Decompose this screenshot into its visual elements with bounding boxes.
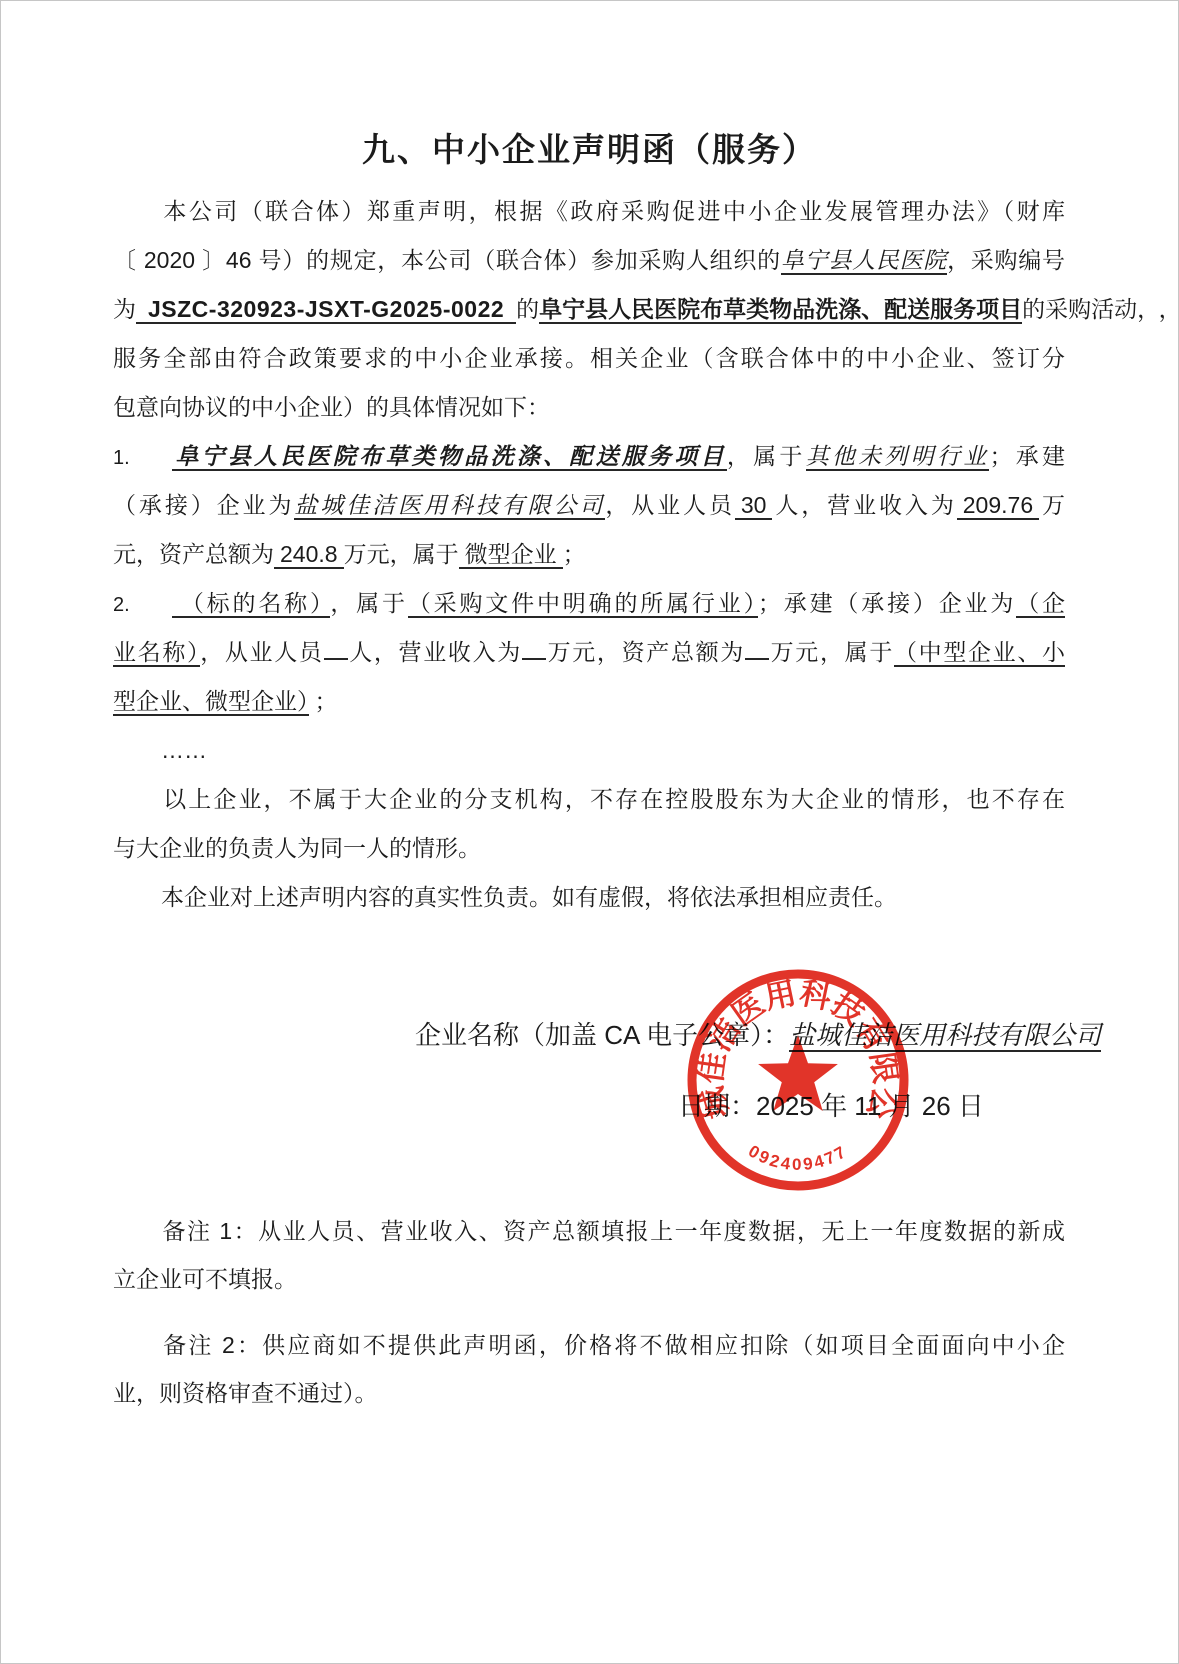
placeholder-enterprise: 业名称） bbox=[113, 639, 200, 667]
seal-number: 3209240947762 bbox=[678, 960, 851, 1174]
field-project-name: 阜宁县人民医院布草类物品洗涤、配送服务项目 bbox=[539, 296, 1022, 324]
text-run: 与大企业的负责人为同一人的情形。 bbox=[113, 835, 481, 861]
text-run: 备注 2：供应商如不提供此声明函，价格将不做相应扣除（如项目全面面向中小企 bbox=[161, 1332, 1065, 1358]
placeholder-type-options: 型企业、微型企业） bbox=[113, 688, 309, 716]
ellipsis-run: …… bbox=[161, 737, 207, 763]
date-value: 2025 年 11 月 26 日 bbox=[756, 1091, 984, 1121]
placeholder-type-options: （中型企业、小 bbox=[894, 639, 1065, 667]
text-run: ，属于 bbox=[727, 443, 806, 469]
text-run: 为 bbox=[113, 296, 136, 322]
text-run: 服务全部由符合政策要求的中小企业承接。相关企业（含联合体中的中小企业、签订分 bbox=[113, 345, 1065, 371]
text-run: 万元，资产总额为 bbox=[546, 639, 745, 665]
line: 本公司（联合体）郑重声明，根据《政府采购促进中小企业发展管理办法》（财库 bbox=[113, 187, 1065, 236]
svg-text:3209240947762: 3209240947762 bbox=[678, 960, 851, 1174]
doc-body: 本公司（联合体）郑重声明，根据《政府采购促进中小企业发展管理办法》（财库 〔 2… bbox=[113, 187, 1065, 922]
text-run: 〔 2020 〕46 号）的规定，本公司（联合体）参加采购人组织的 bbox=[113, 247, 781, 273]
text-run: 的 bbox=[516, 296, 539, 322]
text-run: 业，则资格审查不通过）。 bbox=[113, 1380, 378, 1406]
list-number: 2. bbox=[113, 581, 172, 630]
line-item-1: 1.阜宁县人民医院布草类物品洗涤、配送服务项目，属于其他未列明行业；承建 bbox=[113, 432, 1065, 481]
line: 〔 2020 〕46 号）的规定，本公司（联合体）参加采购人组织的阜宁县人民医院… bbox=[113, 236, 1065, 285]
blank-field bbox=[324, 635, 348, 660]
line: 立企业可不填报。 bbox=[113, 1255, 1065, 1303]
text-run: ，属于 bbox=[330, 590, 408, 616]
field-revenue: 209.76 bbox=[957, 492, 1039, 520]
text-run: ，从业人员 bbox=[200, 639, 323, 665]
text-run: 本公司（联合体）郑重声明，根据《政府采购促进中小企业发展管理办法》（财库 bbox=[161, 198, 1065, 224]
field-procurement-number: JSZC-320923-JSXT-G2025-0022 bbox=[136, 296, 516, 324]
date-label: 日期： bbox=[678, 1091, 756, 1121]
text-run: 人，营业收入为 bbox=[772, 492, 956, 518]
note-2: 备注 2：供应商如不提供此声明函，价格将不做相应扣除（如项目全面面向中小企 业，… bbox=[113, 1321, 1065, 1417]
list-number: 1. bbox=[113, 434, 172, 483]
line: 包意向协议的中小企业）的具体情况如下： bbox=[113, 383, 1065, 432]
text-run: 包意向协议的中小企业）的具体情况如下： bbox=[113, 394, 550, 420]
line: 备注 1：从业人员、营业收入、资产总额填报上一年度数据，无上一年度数据的新成 bbox=[113, 1207, 1065, 1255]
field-contractor-name: 盐城佳洁医用科技有限公司 bbox=[294, 493, 605, 520]
doc-title: 九、中小企业声明函（服务） bbox=[0, 124, 1179, 171]
placeholder-enterprise: （企 bbox=[1016, 590, 1065, 618]
field-employee-count: 30 bbox=[735, 492, 773, 520]
field-industry: 其他未列明行业 bbox=[806, 444, 990, 471]
line: 型企业、微型企业）； bbox=[113, 677, 1065, 726]
line: 以上企业，不属于大企业的分支机构，不存在控股股东为大企业的情形，也不存在 bbox=[113, 775, 1065, 824]
line: 业，则资格审查不通过）。 bbox=[113, 1369, 1065, 1417]
seal-ring bbox=[692, 974, 904, 1186]
note-1: 备注 1：从业人员、营业收入、资产总额填报上一年度数据，无上一年度数据的新成 立… bbox=[113, 1207, 1065, 1303]
text-run: ，采购编号 bbox=[947, 247, 1065, 273]
text-run: （承接）企业为 bbox=[113, 492, 294, 518]
text-run: 万元，属于 bbox=[769, 639, 894, 665]
text-run: 的采购活动， bbox=[1022, 296, 1149, 322]
text-run: 万元，属于 bbox=[344, 541, 459, 567]
line: 元，资产总额为240.8万元，属于微型企业； bbox=[113, 530, 1065, 579]
text-run: ； bbox=[563, 541, 586, 567]
date-line: 日期：2025 年 11 月 26 日 bbox=[678, 1082, 984, 1131]
blank-field bbox=[745, 635, 769, 660]
line: …… bbox=[113, 726, 1065, 775]
field-project-name: 阜宁县人民医院布草类物品洗涤、配送服务项目 bbox=[172, 444, 727, 471]
text-run: 备注 1：从业人员、营业收入、资产总额填报上一年度数据，无上一年度数据的新成 bbox=[161, 1218, 1065, 1244]
line: 为JSZC-320923-JSXT-G2025-0022的阜宁县人民医院布草类物… bbox=[113, 285, 1065, 334]
line: 服务全部由符合政策要求的中小企业承接。相关企业（含联合体中的中小企业、签订分 bbox=[113, 334, 1065, 383]
text-run: ； bbox=[309, 688, 344, 714]
blank-field bbox=[522, 635, 546, 660]
field-total-assets: 240.8 bbox=[274, 541, 344, 569]
signature-company-name: 盐城佳洁医用科技有限公司 bbox=[789, 1021, 1101, 1052]
text-run: ；承建 bbox=[989, 443, 1065, 469]
field-purchaser: 阜宁县人民医院 bbox=[781, 248, 947, 275]
line: （承接）企业为盐城佳洁医用科技有限公司，从业人员30人，营业收入为209.76万 bbox=[113, 481, 1065, 530]
signature-label: 企业名称（加盖 CA 电子公章）： bbox=[415, 1020, 789, 1050]
text-run: 万 bbox=[1039, 492, 1065, 518]
stray-comma: ， bbox=[1159, 296, 1179, 322]
placeholder-industry: （采购文件中明确的所属行业） bbox=[408, 590, 758, 618]
text-run: 本企业对上述声明内容的真实性负责。如有虚假，将依法承担相应责任。 bbox=[161, 884, 897, 910]
line-item-2: 2.（标的名称），属于（采购文件中明确的所属行业）；承建（承接）企业为（企 bbox=[113, 579, 1065, 628]
text-run: 元，资产总额为 bbox=[113, 541, 274, 567]
text-run: 以上企业，不属于大企业的分支机构，不存在控股股东为大企业的情形，也不存在 bbox=[161, 786, 1065, 812]
signature-line: 企业名称（加盖 CA 电子公章）：盐城佳洁医用科技有限公司 bbox=[415, 1011, 1101, 1060]
text-run: ；承建（承接）企业为 bbox=[758, 590, 1016, 616]
document-page: 九、中小企业声明函（服务） 本公司（联合体）郑重声明，根据《政府采购促进中小企业… bbox=[0, 0, 1179, 1664]
field-enterprise-type: 微型企业 bbox=[459, 541, 563, 569]
text-run: 人，营业收入为 bbox=[348, 639, 522, 665]
placeholder-subject-name: （标的名称） bbox=[172, 590, 330, 618]
text-run: ，从业人员 bbox=[605, 492, 735, 518]
line: 与大企业的负责人为同一人的情形。 bbox=[113, 824, 1065, 873]
line: 本企业对上述声明内容的真实性负责。如有虚假，将依法承担相应责任。 bbox=[113, 873, 1065, 922]
text-run: 立企业可不填报。 bbox=[113, 1266, 297, 1292]
line: 业名称），从业人员人，营业收入为万元，资产总额为万元，属于（中型企业、小 bbox=[113, 628, 1065, 677]
line: 备注 2：供应商如不提供此声明函，价格将不做相应扣除（如项目全面面向中小企 bbox=[113, 1321, 1065, 1369]
company-seal: 盐城佳洁医用科技有限公司 3209240947762 bbox=[678, 960, 918, 1200]
